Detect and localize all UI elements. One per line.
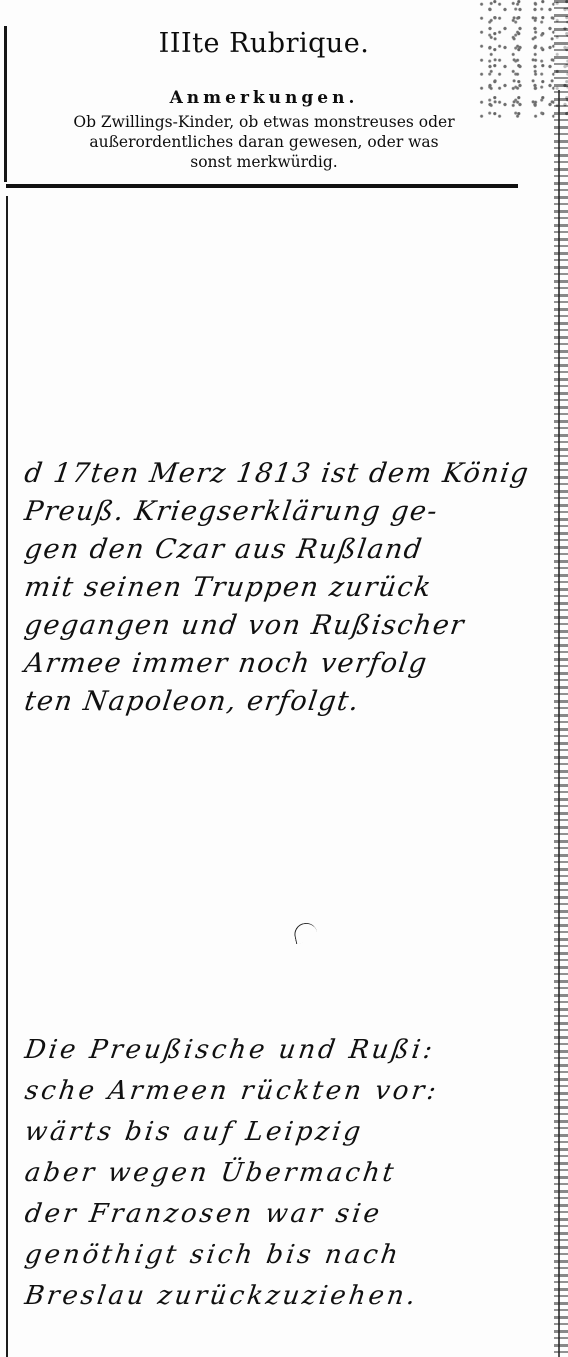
- rubric-description-line: Ob Zwillings-Kinder, ob etwas monstreuse…: [8, 112, 520, 132]
- rubric-description: Ob Zwillings-Kinder, ob etwas monstreuse…: [8, 112, 520, 172]
- column-left-border: [6, 196, 8, 1357]
- rubric-description-line: außerordentliches daran gewesen, oder wa…: [8, 132, 520, 152]
- rubric-heading: Anmerkungen.: [8, 88, 520, 108]
- header-divider-rule: [6, 184, 518, 188]
- rubric-description-line: sonst merkwürdig.: [8, 152, 520, 172]
- entry-line: ten Napoleon, erfolgt.: [22, 683, 547, 721]
- header-left-border: [4, 26, 7, 182]
- handwritten-entry-1: d 17ten Merz 1813 ist dem König Preuß. K…: [22, 455, 542, 721]
- entry-line: wärts bis auf Leipzig: [22, 1112, 548, 1153]
- entry-line: gegangen und von Rußischer: [22, 607, 547, 645]
- rubric-header: IIIte Rubrique. Anmerkungen. Ob Zwilling…: [8, 0, 520, 190]
- entry-line: Armee immer noch verfolg: [22, 645, 547, 683]
- entry-line: gen den Czar aus Rußland: [22, 531, 547, 569]
- handwritten-entry-2: Die Preußische und Rußi: sche Armeen rüc…: [22, 1030, 542, 1317]
- page-edge-line: [558, 90, 560, 1357]
- entry-line: Preuß. Kriegserklärung ge-: [22, 493, 547, 531]
- page-edge-right: [554, 0, 568, 1357]
- stray-pen-mark: [292, 921, 318, 944]
- entry-line: Die Preußische und Rußi:: [22, 1030, 548, 1071]
- entry-line: d 17ten Merz 1813 ist dem König: [22, 455, 547, 493]
- entry-line: der Franzosen war sie: [22, 1194, 548, 1235]
- document-page: IIIte Rubrique. Anmerkungen. Ob Zwilling…: [0, 0, 568, 1357]
- entry-line: mit seinen Truppen zurück: [22, 569, 547, 607]
- rubric-title: IIIte Rubrique.: [8, 28, 520, 59]
- entry-line: genöthigt sich bis nach: [22, 1235, 548, 1276]
- entry-line: aber wegen Übermacht: [22, 1153, 548, 1194]
- entry-line: sche Armeen rückten vor:: [22, 1071, 548, 1112]
- entry-line: Breslau zurückzuziehen.: [22, 1276, 548, 1317]
